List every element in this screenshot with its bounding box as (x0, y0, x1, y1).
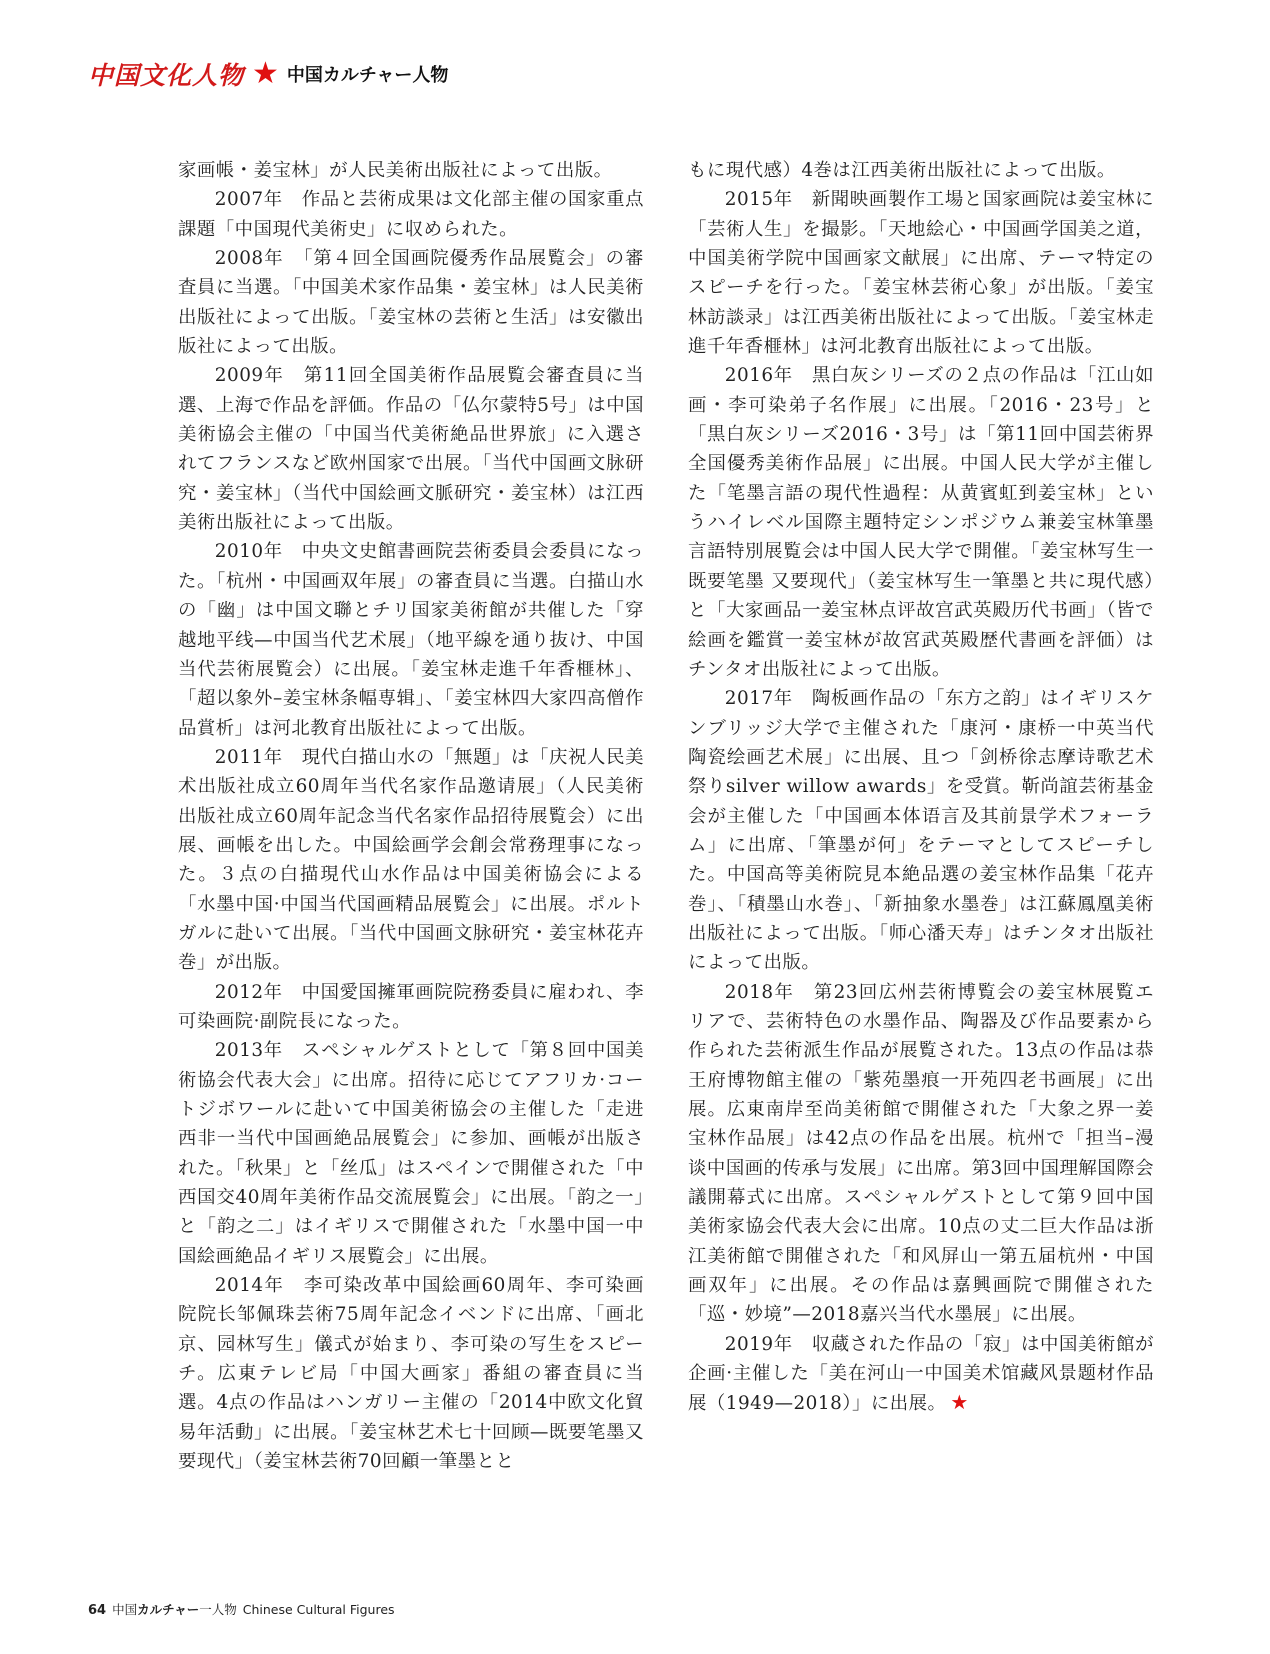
footer-title-english: Chinese Cultural Figures (243, 1602, 395, 1617)
paragraph-2007: 2007年 作品と芸術成果は文化部主催の国家重点課題「中国現代美術史」に収められ… (178, 185, 644, 244)
brand-title-japanese: 中国カルチャー人物 (287, 61, 448, 87)
paragraph-2019-wrap: 2019年 収蔵された作品の「寂」は中国美術館が企画·主催した「美在河山一中国美… (688, 1330, 1154, 1419)
paragraph-2013: 2013年 スペシャルゲストとして「第８回中国美術協会代表大会」に出席。招待に応… (178, 1036, 644, 1271)
end-star-icon: ★ (950, 1390, 968, 1414)
paragraph-2014: 2014年 李可染改革中国絵画60周年、李可染画院院长邹佩珠芸術75周年記念イベ… (178, 1271, 644, 1476)
paragraph-2019: 2019年 収蔵された作品の「寂」は中国美術館が企画·主催した「美在河山一中国美… (688, 1334, 1154, 1415)
paragraph-2016: 2016年 黒白灰シリーズの２点の作品は「江山如画・李可染弟子名作展」に出展。「… (688, 361, 1154, 684)
footer-jp-bold: カルチャー (137, 1602, 199, 1617)
page-number: 64 (88, 1603, 106, 1618)
article-body: 家画帳・姜宝林」が人民美術出版社によって出版。 2007年 作品と芸術成果は文化… (178, 156, 1154, 1476)
paragraph-2010: 2010年 中央文史館書画院芸術委員会委員になった。「杭州・中国画双年展」の審査… (178, 537, 644, 742)
page-header: 中国文化人物 ★ 中国カルチャー人物 (88, 54, 448, 94)
paragraph: もに現代感）4巻は江西美術出版社によって出版。 (688, 156, 1154, 185)
paragraph-2009: 2009年 第11回全国美術作品展覧会審査員に当選、上海で作品を評価。作品の「仏… (178, 361, 644, 537)
paragraph-2011: 2011年 現代白描山水の「無題」は「庆祝人民美术出版社成立60周年当代名家作品… (178, 743, 644, 978)
footer-jp-prefix: 中国 (112, 1602, 137, 1617)
paragraph: 家画帳・姜宝林」が人民美術出版社によって出版。 (178, 156, 644, 185)
paragraph-2012: 2012年 中国愛国擁軍画院院務委員に雇われ、李可染画院·副院長になった。 (178, 978, 644, 1037)
paragraph-2008: 2008年 「第４回全国画院優秀作品展覧会」の審査員に当選。「中国美术家作品集・… (178, 244, 644, 361)
page-footer: 64 中国カルチャー一人物 Chinese Cultural Figures (88, 1600, 395, 1618)
paragraph-2015: 2015年 新聞映画製作工場と国家画院は姜宝林に「芸術人生」を撮影。「天地絵心・… (688, 185, 1154, 361)
right-column: もに現代感）4巻は江西美術出版社によって出版。 2015年 新聞映画製作工場と国… (688, 156, 1154, 1476)
left-column: 家画帳・姜宝林」が人民美術出版社によって出版。 2007年 作品と芸術成果は文化… (178, 156, 644, 1476)
star-icon: ★ (252, 59, 279, 89)
paragraph-2018: 2018年 第23回広州芸術博覧会の姜宝林展覧エリアで、芸術特色の水墨作品、陶器… (688, 978, 1154, 1330)
paragraph-2017: 2017年 陶板画作品の「东方之韵」はイギリスケンブリッジ大学で主催された「康河… (688, 684, 1154, 977)
brand-title-chinese: 中国文化人物 (88, 56, 244, 92)
footer-jp-suffix: 一人物 (199, 1602, 237, 1617)
footer-title-japanese: 中国カルチャー一人物 (112, 1600, 237, 1618)
